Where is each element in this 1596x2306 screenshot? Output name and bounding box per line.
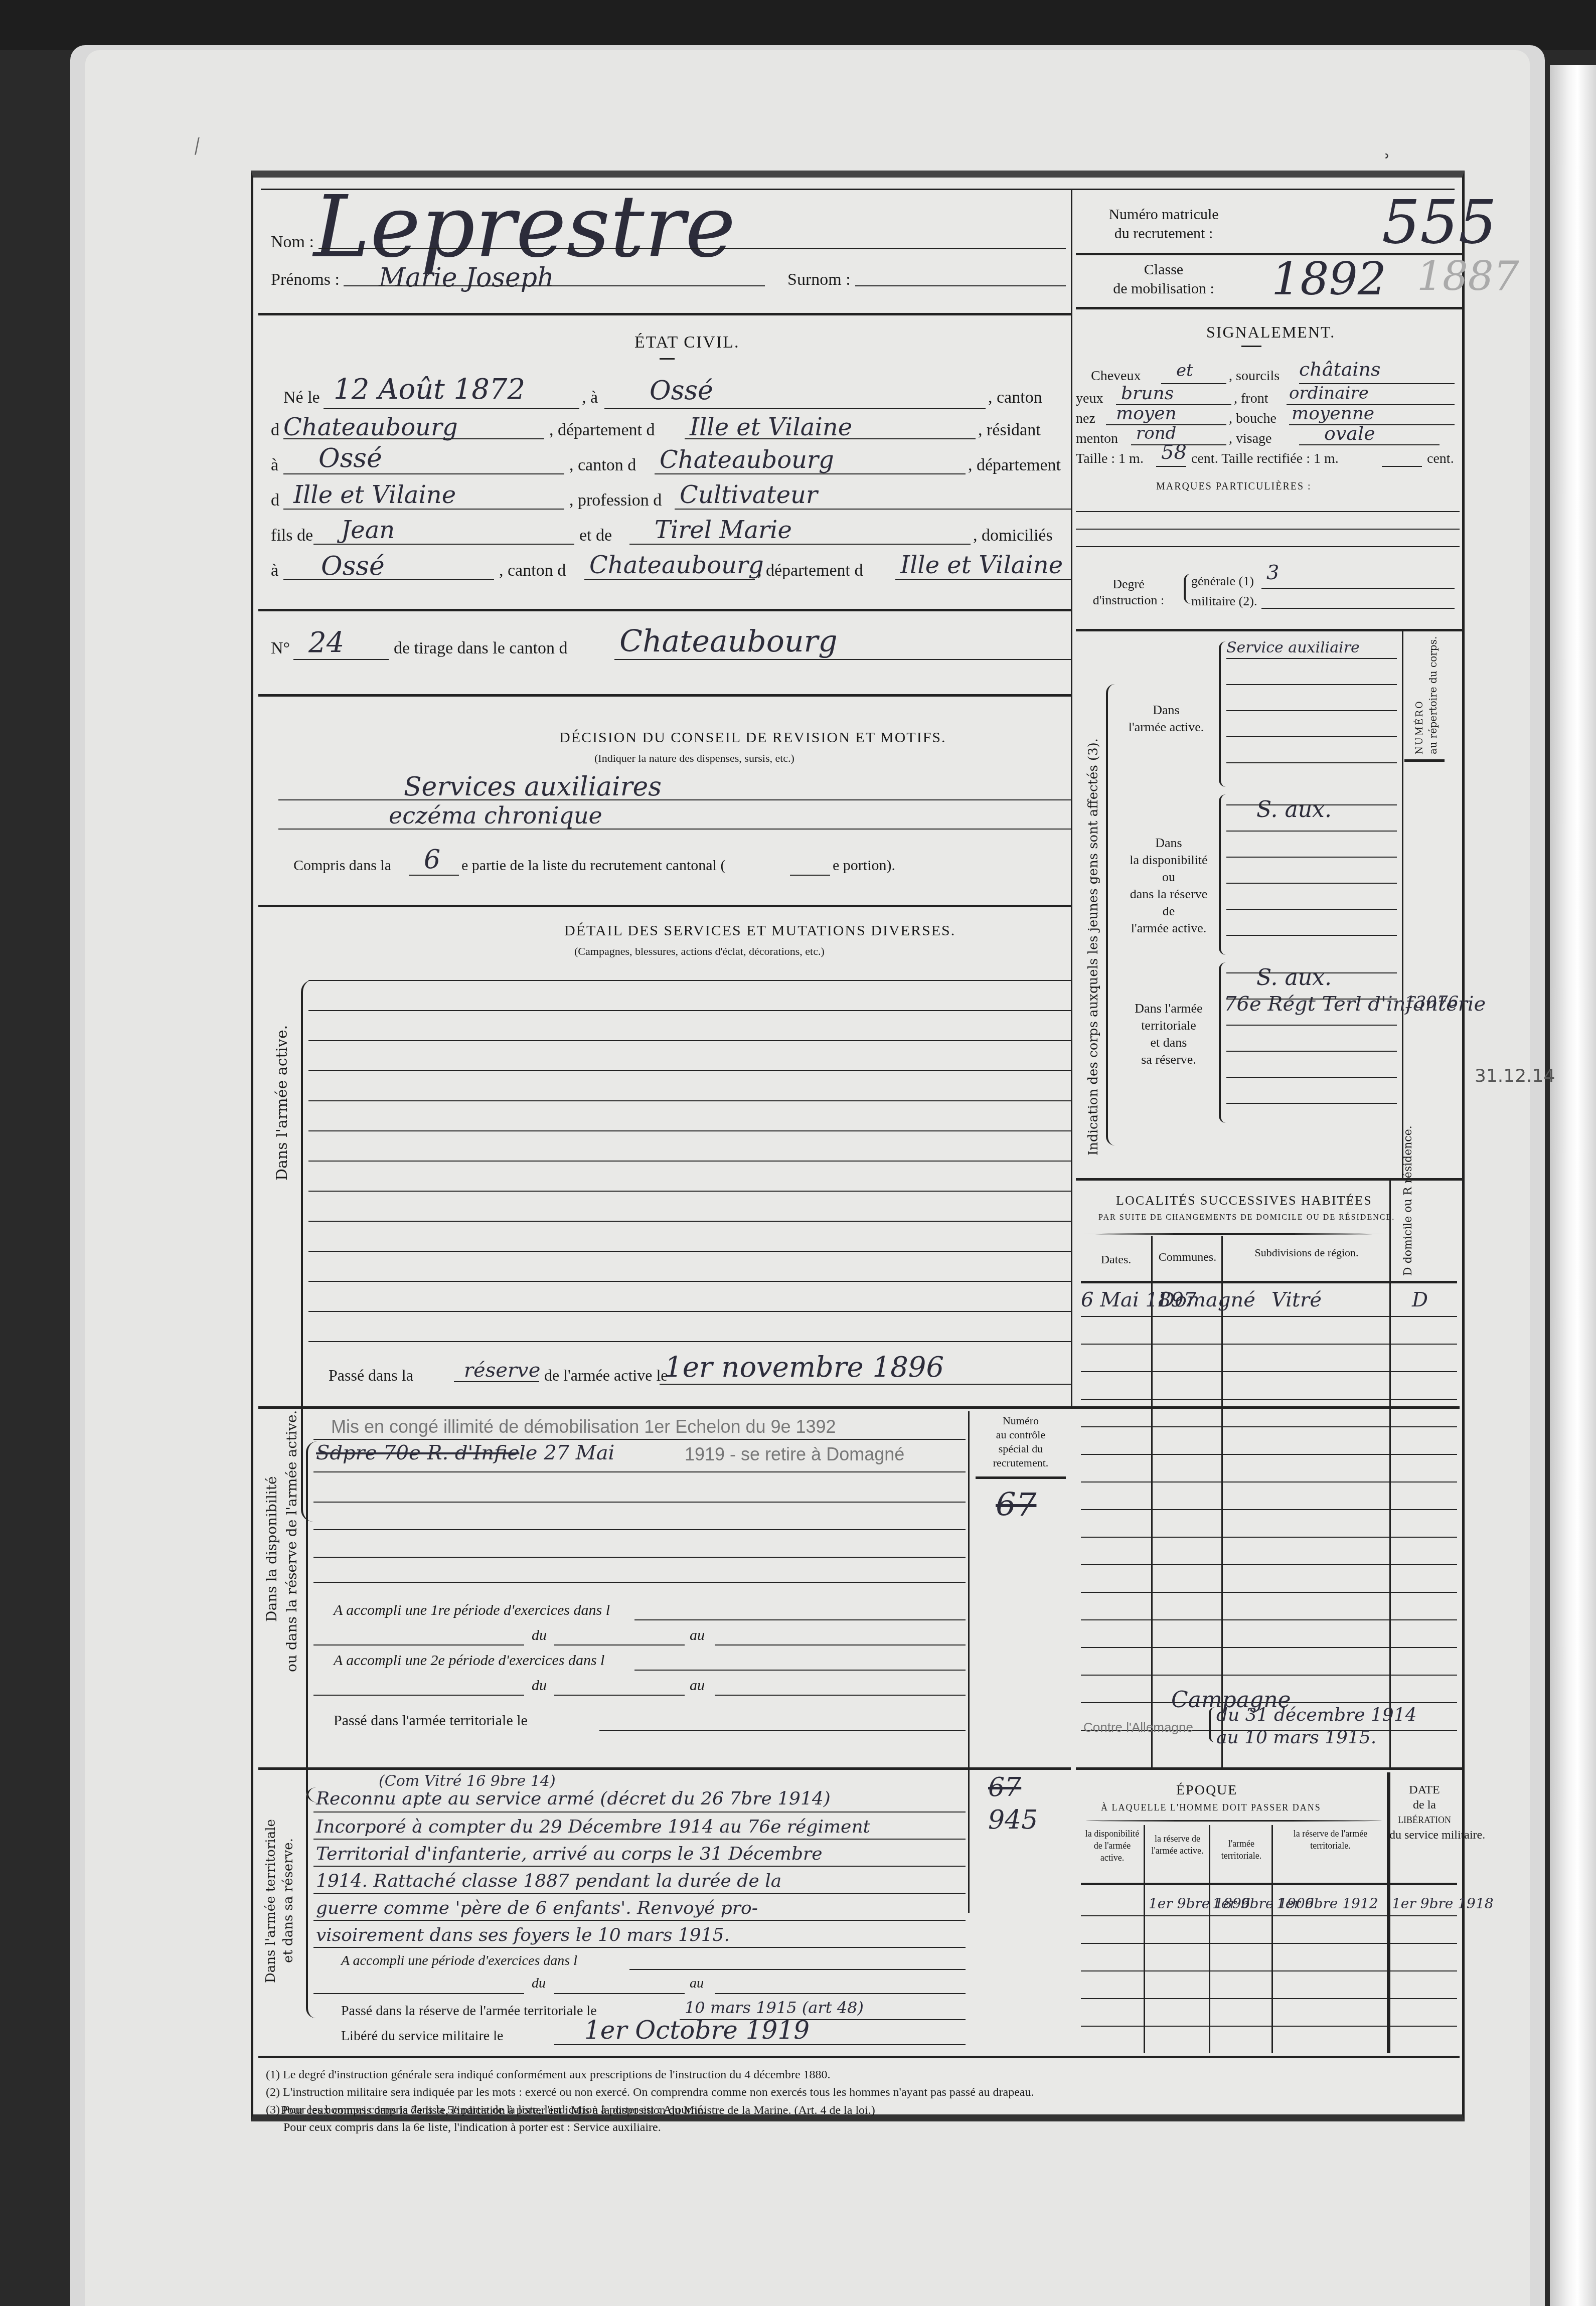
liberation-header-line: DATE (1389, 1782, 1460, 1797)
terr-au-label: au (690, 1975, 704, 1992)
instruction-generale-underline (1261, 588, 1455, 589)
matricule-form: Nom : Leprestre Prénoms : Marie Joseph S… (251, 171, 1465, 2121)
services-vertical-label: Dans l'armée active. (273, 1025, 291, 1181)
front-value: ordinaire (1289, 383, 1369, 403)
nom-label: Nom : (271, 233, 314, 252)
liberation-header-line: du service militaire. (1389, 1828, 1460, 1843)
dom-canton-label: , canton d (499, 561, 566, 580)
epoque-col-border (1144, 1825, 1145, 2053)
prenoms-underline (344, 285, 765, 286)
periode2-du-value-underline (554, 1695, 685, 1696)
localites-brace (1083, 1233, 1384, 1235)
localite-subdivision: Vitré (1271, 1288, 1322, 1311)
portion-underline (790, 875, 830, 876)
dispo-vertical-label-1: Dans la disponibilité (263, 1476, 280, 1622)
column-divider (1071, 190, 1072, 1409)
terr-brace (306, 1787, 316, 2018)
periode2-du-label: du (532, 1677, 547, 1694)
corps-active-value: Service auxiliaire (1226, 639, 1360, 656)
dom-departement-underline (895, 579, 1071, 580)
instruction-generale-label: générale (1) (1191, 574, 1254, 589)
section-divider (258, 694, 1071, 697)
numero-column-border (1402, 631, 1403, 1178)
controle-value: 67 (996, 1487, 1036, 1524)
cheveux-label: Cheveux (1091, 368, 1141, 384)
mother-underline (629, 544, 971, 545)
residant-canton-underline (655, 473, 966, 474)
section-divider (1076, 1767, 1462, 1770)
bouche-value: moyenne (1292, 403, 1374, 424)
profession-label: , profession d (569, 491, 662, 510)
passe-reserve-value: réserve (464, 1359, 540, 1382)
matricule-label: Numéro matricule du recrutement : (1081, 205, 1246, 243)
terr-au-underline (715, 1993, 966, 1994)
libere-label: Libéré du service militaire le (341, 2028, 503, 2044)
epoque-brace (1086, 1820, 1382, 1822)
epoque-subtitle: À LAQUELLE L'HOMME DOIT PASSER DANS (1101, 1802, 1321, 1813)
liberation-header-line: de la (1389, 1797, 1460, 1813)
controle-label: Numéro au contrôle spécial du recrutemen… (971, 1414, 1071, 1470)
compris-label: Compris dans la (293, 857, 391, 874)
section-divider (258, 2056, 1460, 2058)
epoque-col-border (1209, 1825, 1210, 2053)
corps-terr-numero: 13076 (1404, 993, 1459, 1013)
campagne-du: du 31 décembre 1914 (1216, 1705, 1417, 1725)
terr-line: Incorporé à compter du 29 Décembre 1914 … (316, 1817, 870, 1837)
terr-line: 1914. Rattaché classe 1887 pendant la du… (316, 1871, 781, 1891)
birthplace-value: Ossé (650, 376, 713, 406)
localites-subtitle: PAR SUITE DE CHANGEMENTS DE DOMICILE OU … (1098, 1213, 1395, 1222)
liberation-header-line: LIBÉRATION (1389, 1813, 1460, 1828)
numero-header-rule (1404, 759, 1445, 762)
corps-terr-label-line: Dans l'armée (1116, 1000, 1221, 1017)
controle-label-line: recrutement. (971, 1456, 1071, 1470)
epoque-col-header: l'armée territoriale. (1211, 1838, 1271, 1862)
instruction-generale-value: 3 (1266, 561, 1279, 584)
terr-underline (313, 1920, 966, 1921)
periode1-label: A accompli une 1re période d'exercices d… (334, 1602, 610, 1619)
matricule-value: 555 (1382, 188, 1497, 257)
libere-value: 1er Octobre 1919 (584, 2016, 810, 2045)
compris-value: 6 (424, 845, 440, 875)
terr-line: guerre comme 'père de 6 enfants'. Renvoy… (316, 1898, 758, 1918)
dispo-vertical-label-2: ou dans la réserve de l'armée active. (283, 1410, 300, 1672)
terr-du-underline (313, 1993, 524, 1994)
controle-value-2-struck: 67 (988, 1772, 1021, 1802)
corps-terr-label-line: territoriale (1116, 1017, 1221, 1034)
dom-canton-value: Chateaubourg (589, 551, 764, 579)
portion-suffix: e portion). (833, 857, 895, 874)
yeux-value: bruns (1121, 383, 1174, 404)
residant-canton-value: Chateaubourg (660, 446, 834, 474)
controle-value-2: 945 (988, 1805, 1038, 1835)
terr-underline (313, 1893, 966, 1894)
periode1-du-value-underline (554, 1644, 685, 1645)
taille-value: 58 (1161, 441, 1187, 464)
epoque-col-border (1271, 1825, 1273, 2053)
terr-du-label: du (532, 1975, 546, 1992)
passe-mid-label: de l'armée active le (544, 1366, 668, 1385)
residant-dept-underline (283, 509, 564, 510)
terr-underline (313, 1947, 966, 1948)
localite-commune: Domagné (1159, 1288, 1255, 1311)
yeux-label: yeux (1076, 391, 1103, 407)
corps-dispo-label-line: Dans (1116, 835, 1221, 852)
birthplace-underline (604, 408, 986, 409)
terr-line: Territorial d'infanterie, arrivé au corp… (316, 1844, 822, 1864)
compris-underline (409, 875, 459, 876)
liberation-value: 1er 9bre 1918 (1392, 1895, 1494, 1912)
ne-le-underline (324, 408, 579, 409)
nom-value: Leprestre (313, 178, 736, 277)
marques-line (1076, 546, 1460, 547)
dr-header-label: D domicile ou R résidence. (1402, 1125, 1414, 1276)
residant-canton-label: , canton d (569, 456, 636, 475)
controle-label-line: au contrôle (971, 1428, 1071, 1442)
father-value: Jean (341, 516, 395, 544)
epoque-col-header: la réserve de l'armée active. (1146, 1833, 1209, 1857)
localites-header-rule (1081, 1281, 1457, 1283)
terr-underline (313, 1811, 966, 1813)
conseil-title: DÉCISION DU CONSEIL DE REVISION ET MOTIF… (559, 729, 946, 746)
register-binding (0, 0, 1596, 50)
residant-a-label: à (271, 456, 278, 475)
controle-column-border (968, 1411, 970, 1913)
localite-dr: D (1412, 1288, 1428, 1311)
periode1-au-underline (715, 1644, 966, 1645)
dom-departement-label: , département d (757, 561, 863, 580)
periode2-au-label: au (690, 1677, 705, 1694)
residant-dept-d-label: d (271, 491, 279, 510)
corps-terr-label: Dans l'armée territoriale et dans sa rés… (1116, 1000, 1221, 1068)
services-subtitle: (Campagnes, blessures, actions d'éclat, … (574, 945, 825, 958)
compris-suffix: e partie de la liste du recrutement cant… (461, 857, 725, 874)
dom-a-label: à (271, 561, 278, 580)
terr-periode-underline (629, 1969, 966, 1970)
sourcils-label: , sourcils (1229, 368, 1280, 384)
nez-value: moyen (1116, 403, 1177, 424)
father-underline (313, 544, 574, 545)
corps-dispo-value: S. aux. (1256, 797, 1332, 822)
visage-value: ovale (1324, 422, 1375, 444)
footnote: Pour ceux compris dans la 7e liste, l'in… (281, 2104, 875, 2117)
terr-reserve-value: 10 mars 1915 (art 48) (685, 1998, 864, 2017)
instruction-label-line: d'instruction : (1086, 592, 1171, 608)
conseil-underline-1 (278, 799, 1071, 800)
nom-underline (318, 248, 1066, 249)
periode1-au-label: au (690, 1627, 705, 1644)
title-dash (660, 358, 675, 360)
instruction-brace (1184, 574, 1191, 604)
taille-underline (1156, 466, 1186, 467)
conge-stamp-line: Mis en congé illimité de démobilisation … (331, 1416, 836, 1437)
classe-value: 1892 (1271, 253, 1386, 305)
campagne-stamp: Contre l'Allemagne (1083, 1720, 1193, 1735)
instruction-militaire-label: militaire (2). (1191, 594, 1257, 609)
retire-stamp: 1919 - se retire à Domagné (685, 1444, 904, 1465)
subdivisions-header: Subdivisions de région. (1224, 1246, 1389, 1260)
instruction-label: Degré d'instruction : (1086, 576, 1171, 608)
periode1-underline (634, 1619, 966, 1620)
matricule-rule (1076, 253, 1462, 255)
signalement-title: SIGNALEMENT. (1206, 323, 1335, 342)
corps-dispo-label-line: l'armée active. (1116, 920, 1221, 937)
corps-dispo-label-line: dans la réserve (1116, 886, 1221, 903)
passe-terr-label: Passé dans l'armée territoriale le (334, 1712, 528, 1729)
dr-column-border (1389, 1181, 1391, 1767)
section-divider (1076, 629, 1462, 631)
mother-value: Tirel Marie (655, 516, 792, 544)
periode2-du-underline (313, 1695, 524, 1696)
terr-line: visoirement dans ses foyers le 10 mars 1… (316, 1925, 730, 1945)
marques-label: MARQUES PARTICULIÈRES : (1156, 481, 1312, 492)
residant-label: , résidant (978, 421, 1041, 440)
dom-canton-underline (584, 579, 755, 580)
conseil-underline-2 (278, 829, 1071, 830)
domicilies-label: , domiciliés (973, 526, 1053, 545)
epoque-col-header: la disponibilité de l'armée active. (1081, 1828, 1144, 1864)
instruction-label-line: Degré (1086, 576, 1171, 592)
terr-line: Reconnu apte au service armé (décret du … (316, 1788, 831, 1809)
matricule-label-line: Numéro matricule (1081, 205, 1246, 224)
footnote: (1) Le degré d'instruction générale sera… (266, 2068, 831, 2082)
repertoire-label: au répertoire du corps. (1427, 636, 1439, 754)
tirage-no-label: N° (271, 639, 290, 658)
profession-value: Cultivateur (680, 481, 818, 509)
passe-reserve-date: 1er novembre 1896 (665, 1351, 944, 1384)
visage-label: , visage (1229, 431, 1272, 447)
liberation-header: DATE de la LIBÉRATION du service militai… (1389, 1782, 1460, 1843)
conseil-line-2: eczéma chronique (389, 802, 602, 829)
sourcils-value: châtains (1299, 358, 1380, 380)
epoque-value: 1er 9bre 1912 (1276, 1895, 1378, 1912)
section-divider (258, 313, 1071, 315)
epoque-title: ÉPOQUE (1176, 1782, 1237, 1798)
campagne-brace (1209, 1707, 1215, 1742)
terr-note-above: (Com Vitré 16 9bre 14) (379, 1772, 556, 1790)
demob-date-note: le 27 Mai (519, 1441, 614, 1464)
nez-label: nez (1076, 411, 1095, 427)
epoque-col-header: la réserve de l'armée territoriale. (1274, 1828, 1387, 1852)
corps-terr-label-line: sa réserve. (1116, 1051, 1221, 1068)
section-divider (258, 905, 1071, 907)
et-de-label: et de (579, 526, 612, 545)
dispo-brace (306, 1441, 317, 1802)
terr-du-value-underline (554, 1993, 685, 1994)
menton-label: menton (1076, 431, 1118, 447)
departement-label: , département d (549, 421, 655, 440)
classe-label: Classe de mobilisation : (1081, 260, 1246, 298)
tirage-canton-underline (614, 659, 1071, 660)
periode2-au-underline (715, 1695, 966, 1696)
ne-le-value: 12 Août 1872 (334, 373, 525, 406)
terr-vertical-label-1: Dans l'armée territoriale (263, 1819, 278, 1983)
section-divider (258, 1406, 1460, 1409)
passe-date-underline (660, 1384, 1071, 1385)
residant-dept-value: Ille et Vilaine (293, 481, 456, 509)
residant-departement-label: , département (968, 456, 1061, 475)
title-dash (1241, 346, 1261, 347)
taille-label: Taille : 1 m. (1076, 451, 1144, 467)
residant-a-underline (283, 473, 564, 474)
dates-column-border (1151, 1236, 1153, 1767)
corps-outer-brace (1106, 684, 1115, 1145)
corps-active-label-line: l'armée active. (1116, 719, 1216, 736)
passe-reserve-underline (454, 1381, 539, 1382)
periode2-underline (634, 1670, 966, 1671)
terr-periode-label: A accompli une période d'exercices dans … (341, 1953, 577, 1969)
terr-reserve-label: Passé dans la réserve de l'armée territo… (341, 2003, 597, 2019)
footnote: Pour ceux compris dans la 6e liste, l'in… (283, 2121, 661, 2134)
tirage-no-underline (293, 659, 389, 660)
classe-label-line: de mobilisation : (1081, 279, 1246, 298)
birth-departement-value: Ille et Vilaine (690, 413, 852, 441)
conseil-subtitle: (Indiquer la nature des dispenses, sursi… (594, 752, 794, 765)
corps-dispo-label: Dans la disponibilité ou dans la réserve… (1116, 835, 1221, 937)
corps-active-brace (1219, 641, 1226, 787)
menton-value: rond (1136, 423, 1176, 443)
instruction-militaire-underline (1261, 608, 1455, 609)
controle-header-rule (976, 1476, 1066, 1479)
etat-civil-title: ÉTAT CIVIL. (634, 333, 739, 352)
matricule-label-line: du recrutement : (1081, 224, 1246, 243)
footnote: (2) L'instruction militaire sera indiqué… (266, 2086, 1034, 2099)
birth-departement-underline (685, 438, 976, 439)
taille-rectifiee-underline (1382, 466, 1422, 467)
section-divider (258, 1767, 1071, 1770)
controle-label-line: Numéro (971, 1414, 1071, 1428)
libere-underline (554, 2044, 966, 2045)
periode1-du-underline (313, 1644, 524, 1645)
campagne-au: au 10 mars 1915. (1216, 1727, 1376, 1748)
dom-a-value: Ossé (321, 551, 385, 581)
passe-reserve-label: Passé dans la (329, 1366, 413, 1385)
services-title: DÉTAIL DES SERVICES ET MUTATIONS DIVERSE… (564, 922, 955, 939)
tirage-label: de tirage dans le canton d (394, 639, 567, 658)
struck-regiment-note: Sdpre 70e R. d'Infie (316, 1441, 519, 1464)
passe-terr-underline (599, 1730, 966, 1731)
localites-title: LOCALITÉS SUCCESSIVES HABITÉES (1116, 1193, 1372, 1208)
bouche-label: , bouche (1229, 411, 1276, 427)
residant-a-value: Ossé (318, 443, 382, 473)
facing-page-edge (1550, 65, 1596, 2306)
birth-canton-underline (283, 438, 544, 439)
corps-dispo-label-line: de (1116, 903, 1221, 920)
birth-canton-value: Chateaubourg (283, 413, 458, 441)
marques-line (1076, 511, 1460, 512)
periode1-du-label: du (532, 1627, 547, 1644)
ne-le-label: Né le (283, 388, 320, 407)
front-label: , front (1234, 391, 1268, 407)
classe-rule (1076, 307, 1462, 309)
controle-label-line: spécial du (971, 1442, 1071, 1456)
periode2-label: A accompli une 2e période d'exercices da… (334, 1652, 604, 1669)
dom-a-underline (283, 579, 494, 580)
corps-terr-label-line: et dans (1116, 1034, 1221, 1051)
classe-label-line: Classe (1081, 260, 1246, 279)
a-label: , à (582, 388, 598, 407)
tirage-canton-value: Chateaubourg (619, 624, 838, 659)
epoque-header-rule (1081, 1883, 1457, 1885)
terr-vertical-label-2: et dans sa réserve. (281, 1838, 296, 1963)
corps-dispo-label-line: la disponibilité (1116, 852, 1221, 869)
margin-date-note: 31.12.14 (1475, 1066, 1555, 1086)
prenoms-label: Prénoms : (271, 270, 340, 289)
conseil-line-1: Services auxiliaires (404, 772, 662, 802)
prenoms-value: Marie Joseph (379, 263, 554, 293)
taille-rectifiee-label: cent. Taille rectifiée : 1 m. (1191, 451, 1339, 467)
visage-underline (1299, 444, 1440, 445)
corps-dispo-brace (1219, 794, 1226, 955)
canton-d-label: d (271, 421, 279, 440)
canton-label: , canton (988, 388, 1042, 407)
terr-underline (313, 1866, 966, 1867)
corps-terr-value-1: S. aux. (1256, 965, 1332, 991)
profession-underline (675, 509, 1071, 510)
cheveux-value: et (1176, 361, 1193, 381)
marques-line (1076, 529, 1460, 530)
cent-label: cent. (1427, 451, 1454, 467)
section-divider (258, 609, 1071, 611)
dates-header: Dates. (1081, 1253, 1151, 1267)
dom-departement-value: Ille et Vilaine (900, 551, 1063, 579)
numero-label: NUMÉRO (1414, 700, 1425, 754)
communes-header: Communes. (1154, 1251, 1221, 1264)
corps-active-label: Dans l'armée active. (1116, 702, 1216, 736)
corps-active-label-line: Dans (1116, 702, 1216, 719)
corps-terr-brace (1219, 962, 1226, 1123)
corner-mark: ˒ (1384, 145, 1390, 169)
terr-underline (313, 1839, 966, 1840)
tirage-no-value: 24 (308, 626, 344, 659)
surnom-label: Surnom : (787, 270, 851, 289)
fils-de-label: fils de (271, 526, 313, 545)
corps-dispo-label-line: ou (1116, 869, 1221, 886)
surnom-underline (855, 285, 1066, 286)
corps-vertical-label: Indication des corps auxquels les jeunes… (1086, 738, 1101, 1156)
classe-faint-value: 1887 (1417, 253, 1519, 299)
